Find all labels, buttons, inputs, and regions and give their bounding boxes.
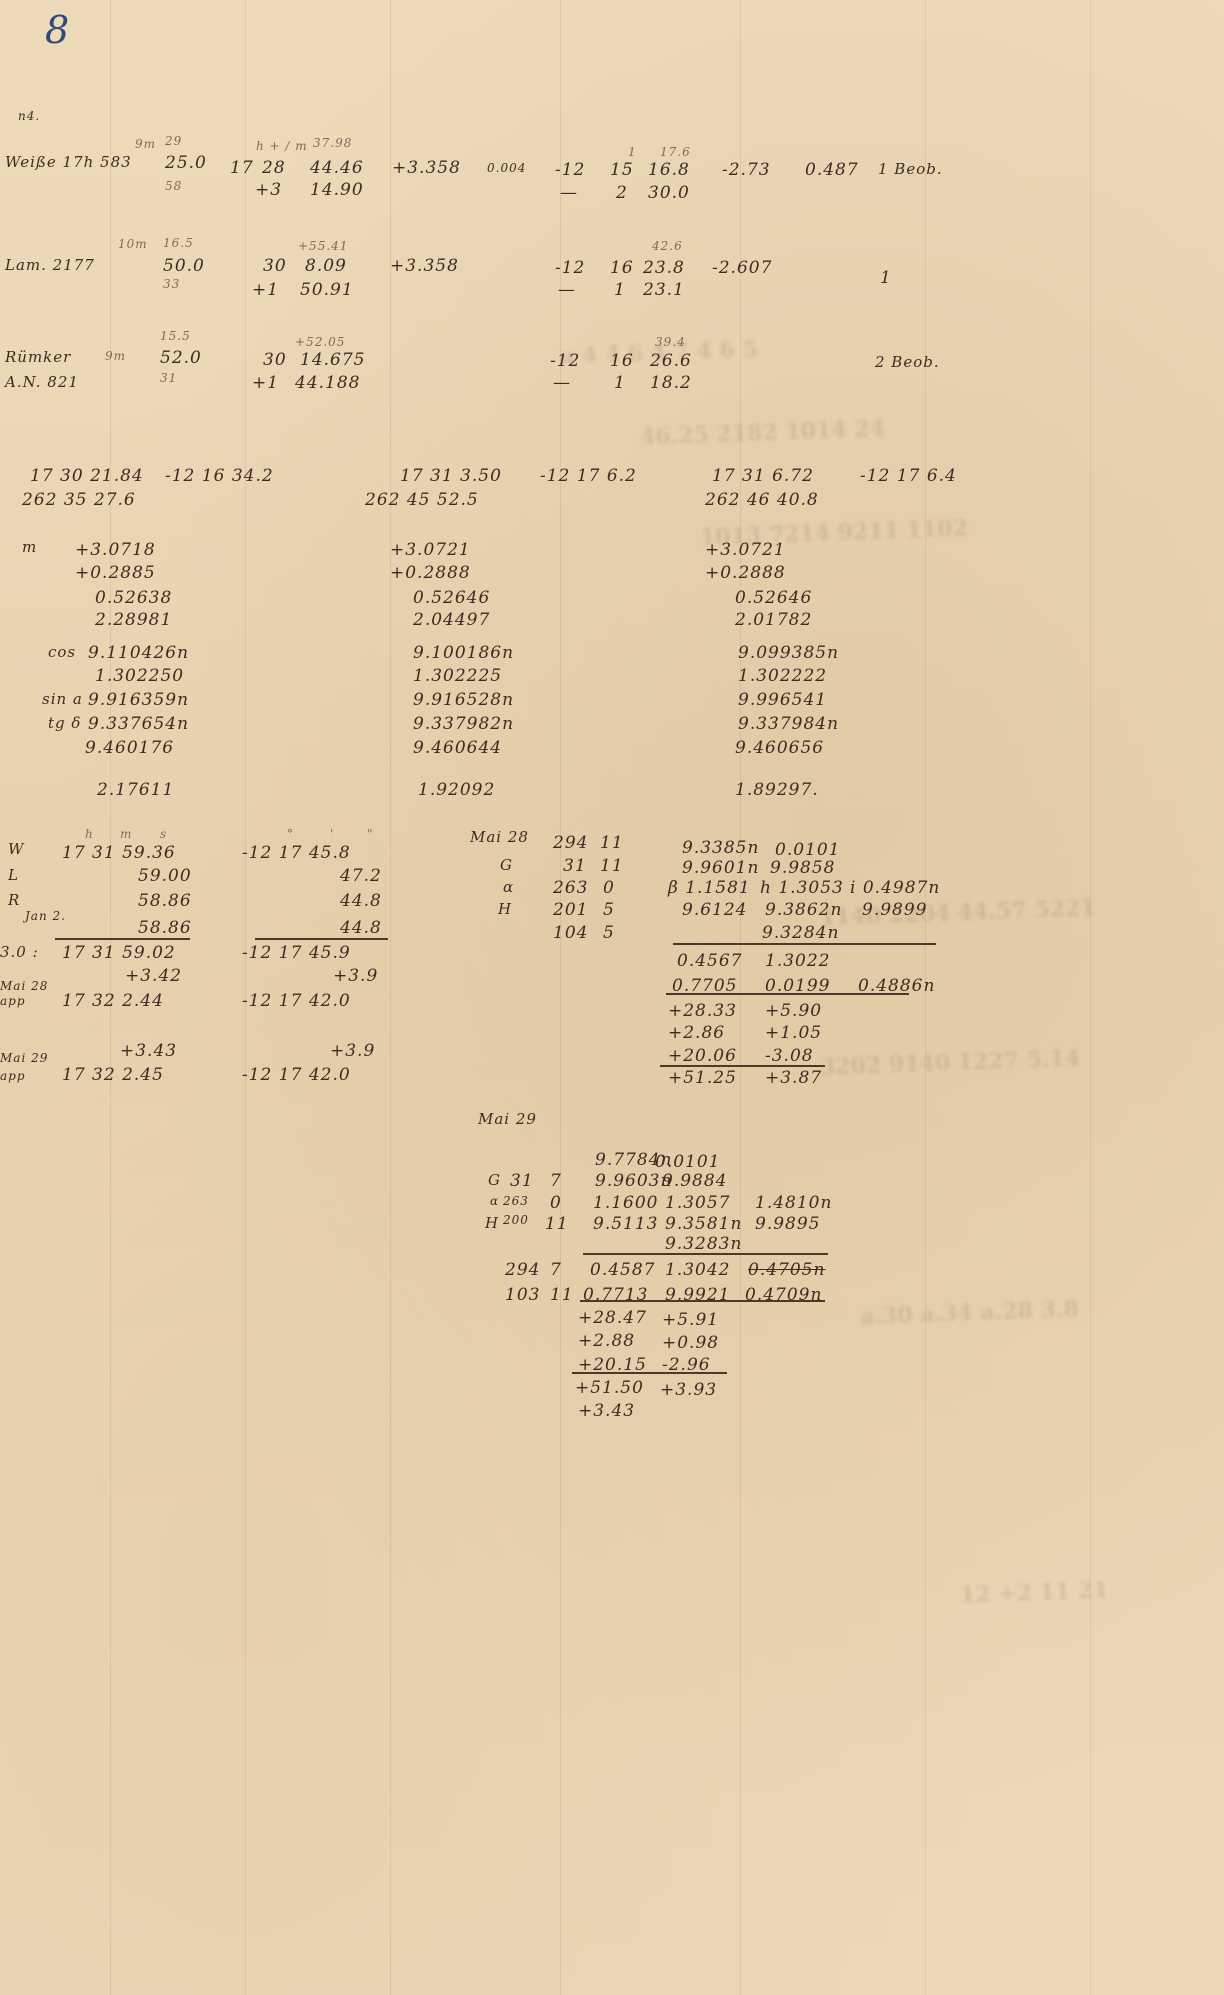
ra-minutes: 28 <box>262 160 286 177</box>
magnitude: 9m <box>105 350 126 362</box>
term-dec: +1.05 <box>765 1025 822 1042</box>
arg-label: H <box>485 1216 499 1231</box>
log-value: 9.9858 <box>770 860 835 877</box>
correction: +3.358 <box>392 160 461 177</box>
magnitude: 9m <box>135 138 156 150</box>
ra-seconds: 44.46 <box>310 160 364 177</box>
result-value: 1.92092 <box>418 782 495 799</box>
total-ra: +51.50 <box>575 1380 644 1397</box>
ra-value: 17 31 59.36 <box>62 845 176 862</box>
row-label: app <box>0 1070 26 1082</box>
ra-diff-seconds: 44.188 <box>295 375 360 392</box>
ra-diff: +1 <box>252 375 279 392</box>
dec-diff: 1 <box>614 375 626 392</box>
column-rule <box>390 0 391 1995</box>
arg-deg: 201 <box>553 902 588 919</box>
log-cos-value: 9.099385n <box>738 645 839 662</box>
note-small: h + / m <box>256 140 308 152</box>
magnitude: 10m <box>118 238 148 250</box>
observations-note: 2 Beob. <box>875 355 940 370</box>
arg-deg: 200 <box>503 1214 529 1226</box>
ra-value: 17 30 21.84 <box>30 468 144 485</box>
arg-label: α <box>490 1195 499 1207</box>
dec-minutes: 16 <box>610 353 634 370</box>
ra-minutes: 30 <box>263 352 287 369</box>
dec-seconds: 23.8 <box>643 260 685 277</box>
log-value: 9.9603n <box>595 1173 672 1190</box>
term-ra: +3.43 <box>578 1403 635 1420</box>
dec-diff-seconds: 18.2 <box>650 375 692 392</box>
ra-value: 17 31 6.72 <box>712 468 814 485</box>
sum-line <box>580 1300 825 1302</box>
log-value: 9.9899 <box>862 902 927 919</box>
note-small: 15.5 <box>160 330 191 342</box>
dec-correction: +3.9 <box>330 1043 375 1060</box>
term-ra: +2.86 <box>668 1025 725 1042</box>
log-value: 2.01782 <box>735 612 812 629</box>
page-number: 8 <box>45 8 69 52</box>
n-value: +0.2885 <box>75 565 156 582</box>
result-log: 1.3042 <box>665 1262 730 1279</box>
dec-diff: 1 <box>614 282 626 299</box>
arg-min: 11 <box>550 1287 574 1304</box>
log-value: i 0.4987n <box>850 880 940 897</box>
log-value: 1.302222 <box>738 668 827 685</box>
dec-diff: 2 <box>616 185 628 202</box>
dec-correction: +3.9 <box>333 968 378 985</box>
angle-value: 262 35 27.6 <box>22 492 136 509</box>
log-value: 9.3283n <box>665 1236 742 1253</box>
ra-diff: +1 <box>252 282 279 299</box>
struck-value: 0.4705n <box>748 1262 825 1279</box>
note-small: 39.4 <box>655 336 686 348</box>
bleed-through: a.30 a.34 a.28 3.8 <box>860 1296 1080 1330</box>
header-mark: n4. <box>18 110 40 122</box>
log-value: 9.460656 <box>735 740 824 757</box>
dec-value: 44.8 <box>340 920 382 937</box>
log-value: 9.9601n <box>682 860 759 877</box>
star-name: Rümker <box>5 350 71 365</box>
row-label: 3.0 : <box>0 945 39 960</box>
arg-min: 11 <box>600 835 624 852</box>
log-value: β 1.1581 <box>668 880 751 897</box>
bleed-through: 12 +2 11 21 <box>960 1577 1109 1608</box>
observations-note: 1 <box>880 270 892 287</box>
log-cos-value: 9.110426n <box>88 645 189 662</box>
log-value: 2.28981 <box>95 612 172 629</box>
result-log: 0.4587 <box>590 1262 655 1279</box>
ra-seconds: 8.09 <box>305 258 347 275</box>
dec-value: -12 17 45.8 <box>242 845 351 862</box>
log-value: 1.3057 <box>665 1195 730 1212</box>
star-name: Lam. 2177 <box>5 258 95 273</box>
note-small: 31 <box>160 372 177 384</box>
arg-deg: 31 <box>563 858 587 875</box>
seconds: 25.0 <box>165 155 207 172</box>
factor-dec: 0.487 <box>805 162 859 179</box>
log-value: 9.9895 <box>755 1216 820 1233</box>
log-sin-value: 9.996541 <box>738 692 827 709</box>
log-tan-value: 9.337654n <box>88 716 189 733</box>
ra-value: 58.86 <box>138 920 192 937</box>
arg-deg: 104 <box>553 925 588 942</box>
unit-seconds: s <box>160 828 167 840</box>
date-label: Mai 28 <box>0 980 48 992</box>
unit-degrees: ° <box>287 828 294 840</box>
note-small: 42.6 <box>652 240 683 252</box>
log-value: 9.3581n <box>665 1216 742 1233</box>
arg-min: 7 <box>550 1262 562 1279</box>
sum-line <box>666 993 909 995</box>
note-small: 16.5 <box>163 237 194 249</box>
row-label: W <box>8 842 24 857</box>
log-value: h 1.3053 <box>760 880 844 897</box>
dec-apparent: -12 17 42.0 <box>242 1067 351 1084</box>
arg-label: α <box>503 880 514 895</box>
ra-diff-seconds: 14.90 <box>310 182 364 199</box>
arg-deg: 263 <box>553 880 588 897</box>
n-value: +0.2888 <box>705 565 786 582</box>
log-value: 9.5113 <box>593 1216 658 1233</box>
term-ra: +28.47 <box>578 1310 647 1327</box>
dec-seconds: 16.8 <box>648 162 690 179</box>
log-value: 9.3284n <box>762 925 839 942</box>
ra-diff-seconds: 50.91 <box>300 282 354 299</box>
log-value: 9.9884 <box>662 1173 727 1190</box>
row-sublabel: Jan 2. <box>25 910 66 922</box>
unit-hours: h <box>85 828 94 840</box>
log-value: 0.0101 <box>775 842 840 859</box>
column-rule <box>1090 0 1091 1995</box>
row-label: R <box>8 893 20 908</box>
ra-minutes: 30 <box>263 258 287 275</box>
date-heading: Mai 28 <box>470 830 529 845</box>
correction-dec: -2.607 <box>712 260 772 277</box>
term-dec: +5.91 <box>662 1312 719 1329</box>
log-value: 9.3862n <box>765 902 842 919</box>
m-value: +3.0721 <box>705 542 786 559</box>
dec-value: -12 17 6.4 <box>860 468 957 485</box>
log-sin-value: 9.916528n <box>413 692 514 709</box>
arg-min: 7 <box>550 1173 562 1190</box>
ra-seconds: 14.675 <box>300 352 365 369</box>
factor: 0.004 <box>487 162 526 174</box>
ra-mean: 17 31 59.02 <box>62 945 176 962</box>
sum-line <box>673 943 936 945</box>
arg-min: 11 <box>600 858 624 875</box>
arg-label: G <box>500 858 513 873</box>
arg-deg: 103 <box>505 1287 540 1304</box>
column-rule <box>925 0 926 1995</box>
log-value: 9.460644 <box>413 740 502 757</box>
result-log: 0.4567 <box>677 953 742 970</box>
dec-seconds: 26.6 <box>650 353 692 370</box>
dec-value: -12 16 34.2 <box>165 468 274 485</box>
star-catalog-ref: A.N. 821 <box>5 375 79 390</box>
row-label: app <box>0 995 26 1007</box>
result-value: 1.89297. <box>735 782 819 799</box>
term-dec: +5.90 <box>765 1003 822 1020</box>
arg-deg: 294 <box>505 1262 540 1279</box>
arg-min: 5 <box>603 902 615 919</box>
date-label: Mai 29 <box>0 1052 48 1064</box>
dec-minutes: 16 <box>610 260 634 277</box>
dec-value: -12 17 6.2 <box>540 468 637 485</box>
dec-apparent: -12 17 42.0 <box>242 993 351 1010</box>
bleed-through: 3202 9140 1227 5.14 <box>820 1045 1081 1080</box>
dec-mean: -12 17 45.9 <box>242 945 351 962</box>
log-cos-value: 9.100186n <box>413 645 514 662</box>
arg-min: 0 <box>603 880 615 897</box>
dec-diff-seconds: 23.1 <box>643 282 685 299</box>
term-ra: +28.33 <box>668 1003 737 1020</box>
sum-line <box>55 938 190 940</box>
unit-arcsec: " <box>367 828 374 840</box>
note-small: 37.98 <box>313 137 352 149</box>
arg-label: H <box>498 902 512 917</box>
star-name: Weiße 17h 583 <box>5 155 132 170</box>
log-value: 9.6124 <box>682 902 747 919</box>
date-heading: Mai 29 <box>478 1112 537 1127</box>
correction: +3.358 <box>390 258 459 275</box>
total-dec: +3.87 <box>765 1070 822 1087</box>
note-small: 33 <box>163 278 180 290</box>
arg-min: 11 <box>545 1216 569 1233</box>
ra-value: 17 31 3.50 <box>400 468 502 485</box>
note-small: 17.6 <box>660 146 691 158</box>
log-tan-value: 9.337984n <box>738 716 839 733</box>
row-label: L <box>8 868 19 883</box>
arg-deg: 263 <box>503 1195 529 1207</box>
ra-value: 59.00 <box>138 868 192 885</box>
log-sin-value: 9.916359n <box>88 692 189 709</box>
sum-line <box>572 1372 727 1374</box>
ra-diff: +3 <box>255 182 282 199</box>
log-value: 9.460176 <box>85 740 174 757</box>
observations-note: 1 Beob. <box>878 162 943 177</box>
dec-degrees: -12 <box>550 353 580 370</box>
note-small: +52.05 <box>295 336 345 348</box>
log-value: 2.04497 <box>413 612 490 629</box>
arg-label: G <box>488 1173 501 1188</box>
dec-diff-seconds: 30.0 <box>648 185 690 202</box>
arg-deg: 31 <box>510 1173 534 1190</box>
log-value: 1.302225 <box>413 668 502 685</box>
row-label: m <box>22 540 37 555</box>
log-value: 0.52638 <box>95 590 172 607</box>
bleed-through: 46.25 2182 1014 24 <box>640 416 886 451</box>
column-rule <box>740 0 741 1995</box>
dec-minutes: 15 <box>610 162 634 179</box>
result-log: 1.3022 <box>765 953 830 970</box>
result-value: 2.17611 <box>97 782 174 799</box>
term-ra: +2.88 <box>578 1333 635 1350</box>
log-value: 0.52646 <box>735 590 812 607</box>
note-small: 29 <box>165 135 182 147</box>
correction-dec: -2.73 <box>722 162 771 179</box>
unit-minutes: m <box>120 828 132 840</box>
ra-apparent: 17 32 2.45 <box>62 1067 164 1084</box>
arg-deg: 294 <box>553 835 588 852</box>
note-small: 1 <box>628 146 637 158</box>
ra-apparent: 17 32 2.44 <box>62 993 164 1010</box>
log-value: 0.0101 <box>655 1154 720 1171</box>
row-label: cos <box>48 645 76 660</box>
dec-degrees: -12 <box>555 162 585 179</box>
ra-correction: +3.42 <box>125 968 182 985</box>
log-value: 1.4810n <box>755 1195 832 1212</box>
row-label: tg δ <box>48 716 81 731</box>
ra-hours: 17 <box>230 160 254 177</box>
log-value: 1.302250 <box>95 668 184 685</box>
term-dec: +0.98 <box>662 1335 719 1352</box>
log-tan-value: 9.337982n <box>413 716 514 733</box>
arg-min: 5 <box>603 925 615 942</box>
seconds: 50.0 <box>163 258 205 275</box>
log-value: 1.1600 <box>593 1195 658 1212</box>
sum-line <box>583 1253 828 1255</box>
row-label: sin a <box>42 692 83 707</box>
angle-value: 262 45 52.5 <box>365 492 479 509</box>
dec-value: 44.8 <box>340 893 382 910</box>
sum-line <box>255 938 388 940</box>
dec-value: 47.2 <box>340 868 382 885</box>
note-small: 58 <box>165 180 182 192</box>
angle-value: 262 46 40.8 <box>705 492 819 509</box>
ra-correction: +3.43 <box>120 1043 177 1060</box>
m-value: +3.0718 <box>75 542 156 559</box>
ra-value: 58.86 <box>138 893 192 910</box>
term-dec: -3.08 <box>765 1048 814 1065</box>
seconds: 52.0 <box>160 350 202 367</box>
note-small: +55.41 <box>298 240 348 252</box>
dec-degrees: -12 <box>555 260 585 277</box>
arg-min: 0 <box>550 1195 562 1212</box>
unit-arcmin: ' <box>330 828 334 840</box>
m-value: +3.0721 <box>390 542 471 559</box>
term-ra: +20.06 <box>668 1048 737 1065</box>
sum-line <box>660 1065 825 1067</box>
total-ra: +51.25 <box>668 1070 737 1087</box>
log-value: 0.52646 <box>413 590 490 607</box>
total-dec: +3.93 <box>660 1382 717 1399</box>
n-value: +0.2888 <box>390 565 471 582</box>
log-value: 9.3385n <box>682 840 759 857</box>
